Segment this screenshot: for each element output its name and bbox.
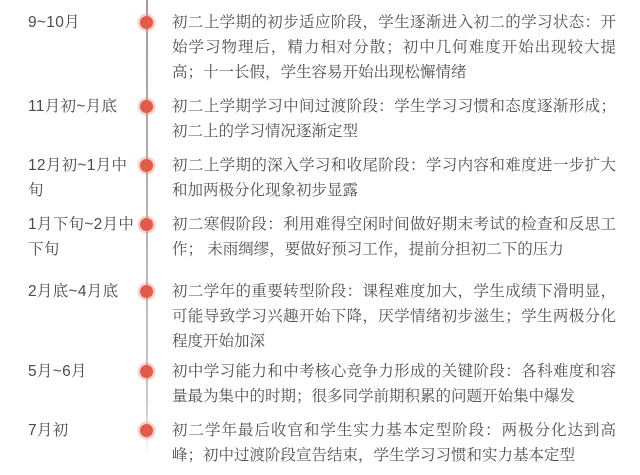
entry-date: 11月初~月底 — [28, 94, 140, 119]
timeline-entry: 2月底~4月底 初二学年的重要转型阶段：课程难度加大，学生成绩下滑明显，可能导致… — [0, 279, 640, 354]
entry-date: 12月初~1月中旬 — [28, 153, 140, 203]
entry-description: 初二上学期的初步适应阶段，学生逐渐进入初二的学习状态：开始学习物理后，精力相对分… — [172, 10, 616, 85]
timeline-dot-icon — [140, 218, 153, 231]
timeline-entry: 1月下旬~2月中下旬 初二寒假阶段：利用难得空闲时间做好期末考试的检查和反思工作… — [0, 212, 640, 262]
entry-date: 1月下旬~2月中下旬 — [28, 212, 140, 262]
entry-description: 初二上学期的深入学习和收尾阶段：学习内容和难度进一步扩大和加两极分化现象初步显露 — [172, 153, 616, 203]
entry-description: 初二寒假阶段：利用难得空闲时间做好期末考试的检查和反思工作； 未雨绸缪，要做好预… — [172, 212, 616, 262]
entry-date: 9~10月 — [28, 10, 140, 35]
timeline-dot-icon — [140, 159, 153, 172]
timeline-dot-icon — [140, 16, 153, 29]
entry-date: 2月底~4月底 — [28, 279, 140, 304]
entry-description: 初中学习能力和中考核心竞争力形成的关键阶段：各科难度和容量最为集中的时期；很多同… — [172, 359, 616, 409]
entry-description: 初二学年最后收官和学生实力基本定型阶段：两极分化达到高峰；初中过渡阶段宣告结束，… — [172, 418, 616, 468]
timeline-entry: 11月初~月底 初二上学期学习中间过渡阶段：学生学习习惯和态度逐渐形成； 初二上… — [0, 94, 640, 144]
timeline-entry: 9~10月 初二上学期的初步适应阶段，学生逐渐进入初二的学习状态：开始学习物理后… — [0, 10, 640, 85]
entry-description: 初二学年的重要转型阶段：课程难度加大，学生成绩下滑明显，可能导致学习兴趣开始下降… — [172, 279, 616, 354]
timeline-dot-icon — [140, 424, 153, 437]
timeline-entry: 5月~6月 初中学习能力和中考核心竞争力形成的关键阶段：各科难度和容量最为集中的… — [0, 359, 640, 409]
entry-date: 7月初 — [28, 418, 140, 443]
timeline-entry: 12月初~1月中旬 初二上学期的深入学习和收尾阶段：学习内容和难度进一步扩大和加… — [0, 153, 640, 203]
timeline-dot-icon — [140, 100, 153, 113]
entry-description: 初二上学期学习中间过渡阶段：学生学习习惯和态度逐渐形成； 初二上的学习情况逐渐定… — [172, 94, 616, 144]
timeline-dot-icon — [140, 285, 153, 298]
timeline-entry: 7月初 初二学年最后收官和学生实力基本定型阶段：两极分化达到高峰；初中过渡阶段宣… — [0, 418, 640, 468]
entry-date: 5月~6月 — [28, 359, 140, 384]
timeline-page: 9~10月 初二上学期的初步适应阶段，学生逐渐进入初二的学习状态：开始学习物理后… — [0, 0, 640, 475]
timeline-dot-icon — [140, 365, 153, 378]
